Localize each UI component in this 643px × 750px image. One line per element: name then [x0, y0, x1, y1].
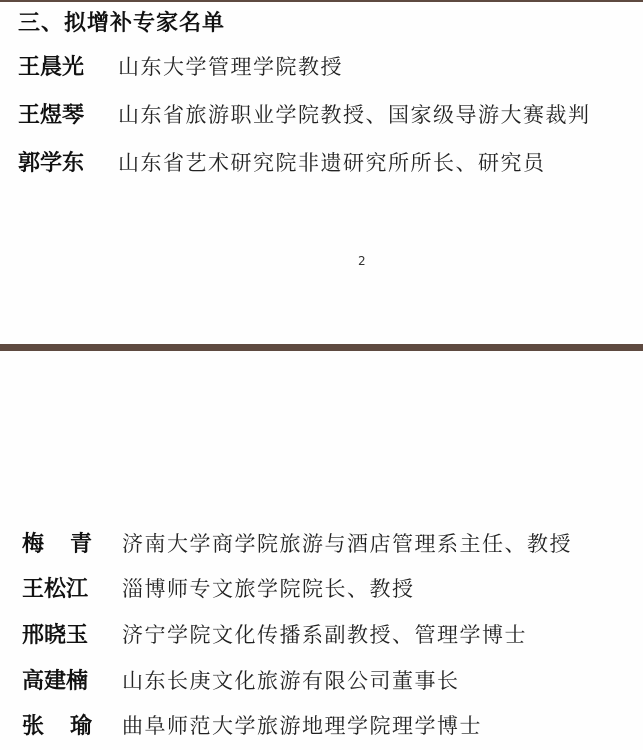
expert-title: 济南大学商学院旅游与酒店管理系主任、教授	[122, 528, 572, 558]
expert-title: 山东省旅游职业学院教授、国家级导游大赛裁判	[118, 99, 591, 129]
expert-name: 梅青	[22, 527, 118, 558]
expert-title: 曲阜师范大学旅游地理学院理学博士	[122, 710, 482, 740]
expert-name: 王晨光	[18, 50, 84, 81]
expert-name: 张瑜	[22, 709, 118, 740]
document-page-lower: 梅青 济南大学商学院旅游与酒店管理系主任、教授 王松江 淄博师专文旅学院院长、教…	[0, 351, 643, 750]
expert-title: 山东长庚文化旅游有限公司董事长	[122, 665, 460, 695]
expert-title: 山东省艺术研究院非遗研究所所长、研究员	[118, 147, 546, 177]
expert-title: 山东大学管理学院教授	[118, 51, 343, 81]
expert-name: 邢晓玉	[22, 618, 88, 649]
expert-name: 郭学东	[18, 146, 84, 177]
expert-name: 高建楠	[22, 664, 88, 695]
expert-title: 淄博师专文旅学院院长、教授	[122, 573, 415, 603]
expert-name: 王松江	[22, 572, 88, 603]
document-page-upper: 三、拟增补专家名单 王晨光 山东大学管理学院教授 王煜琴 山东省旅游职业学院教授…	[0, 2, 643, 344]
section-heading: 三、拟增补专家名单	[18, 6, 225, 37]
page-number: 2	[358, 254, 366, 268]
page-separator	[0, 344, 643, 351]
expert-title: 济宁学院文化传播系副教授、管理学博士	[122, 619, 527, 649]
expert-name: 王煜琴	[18, 98, 84, 129]
